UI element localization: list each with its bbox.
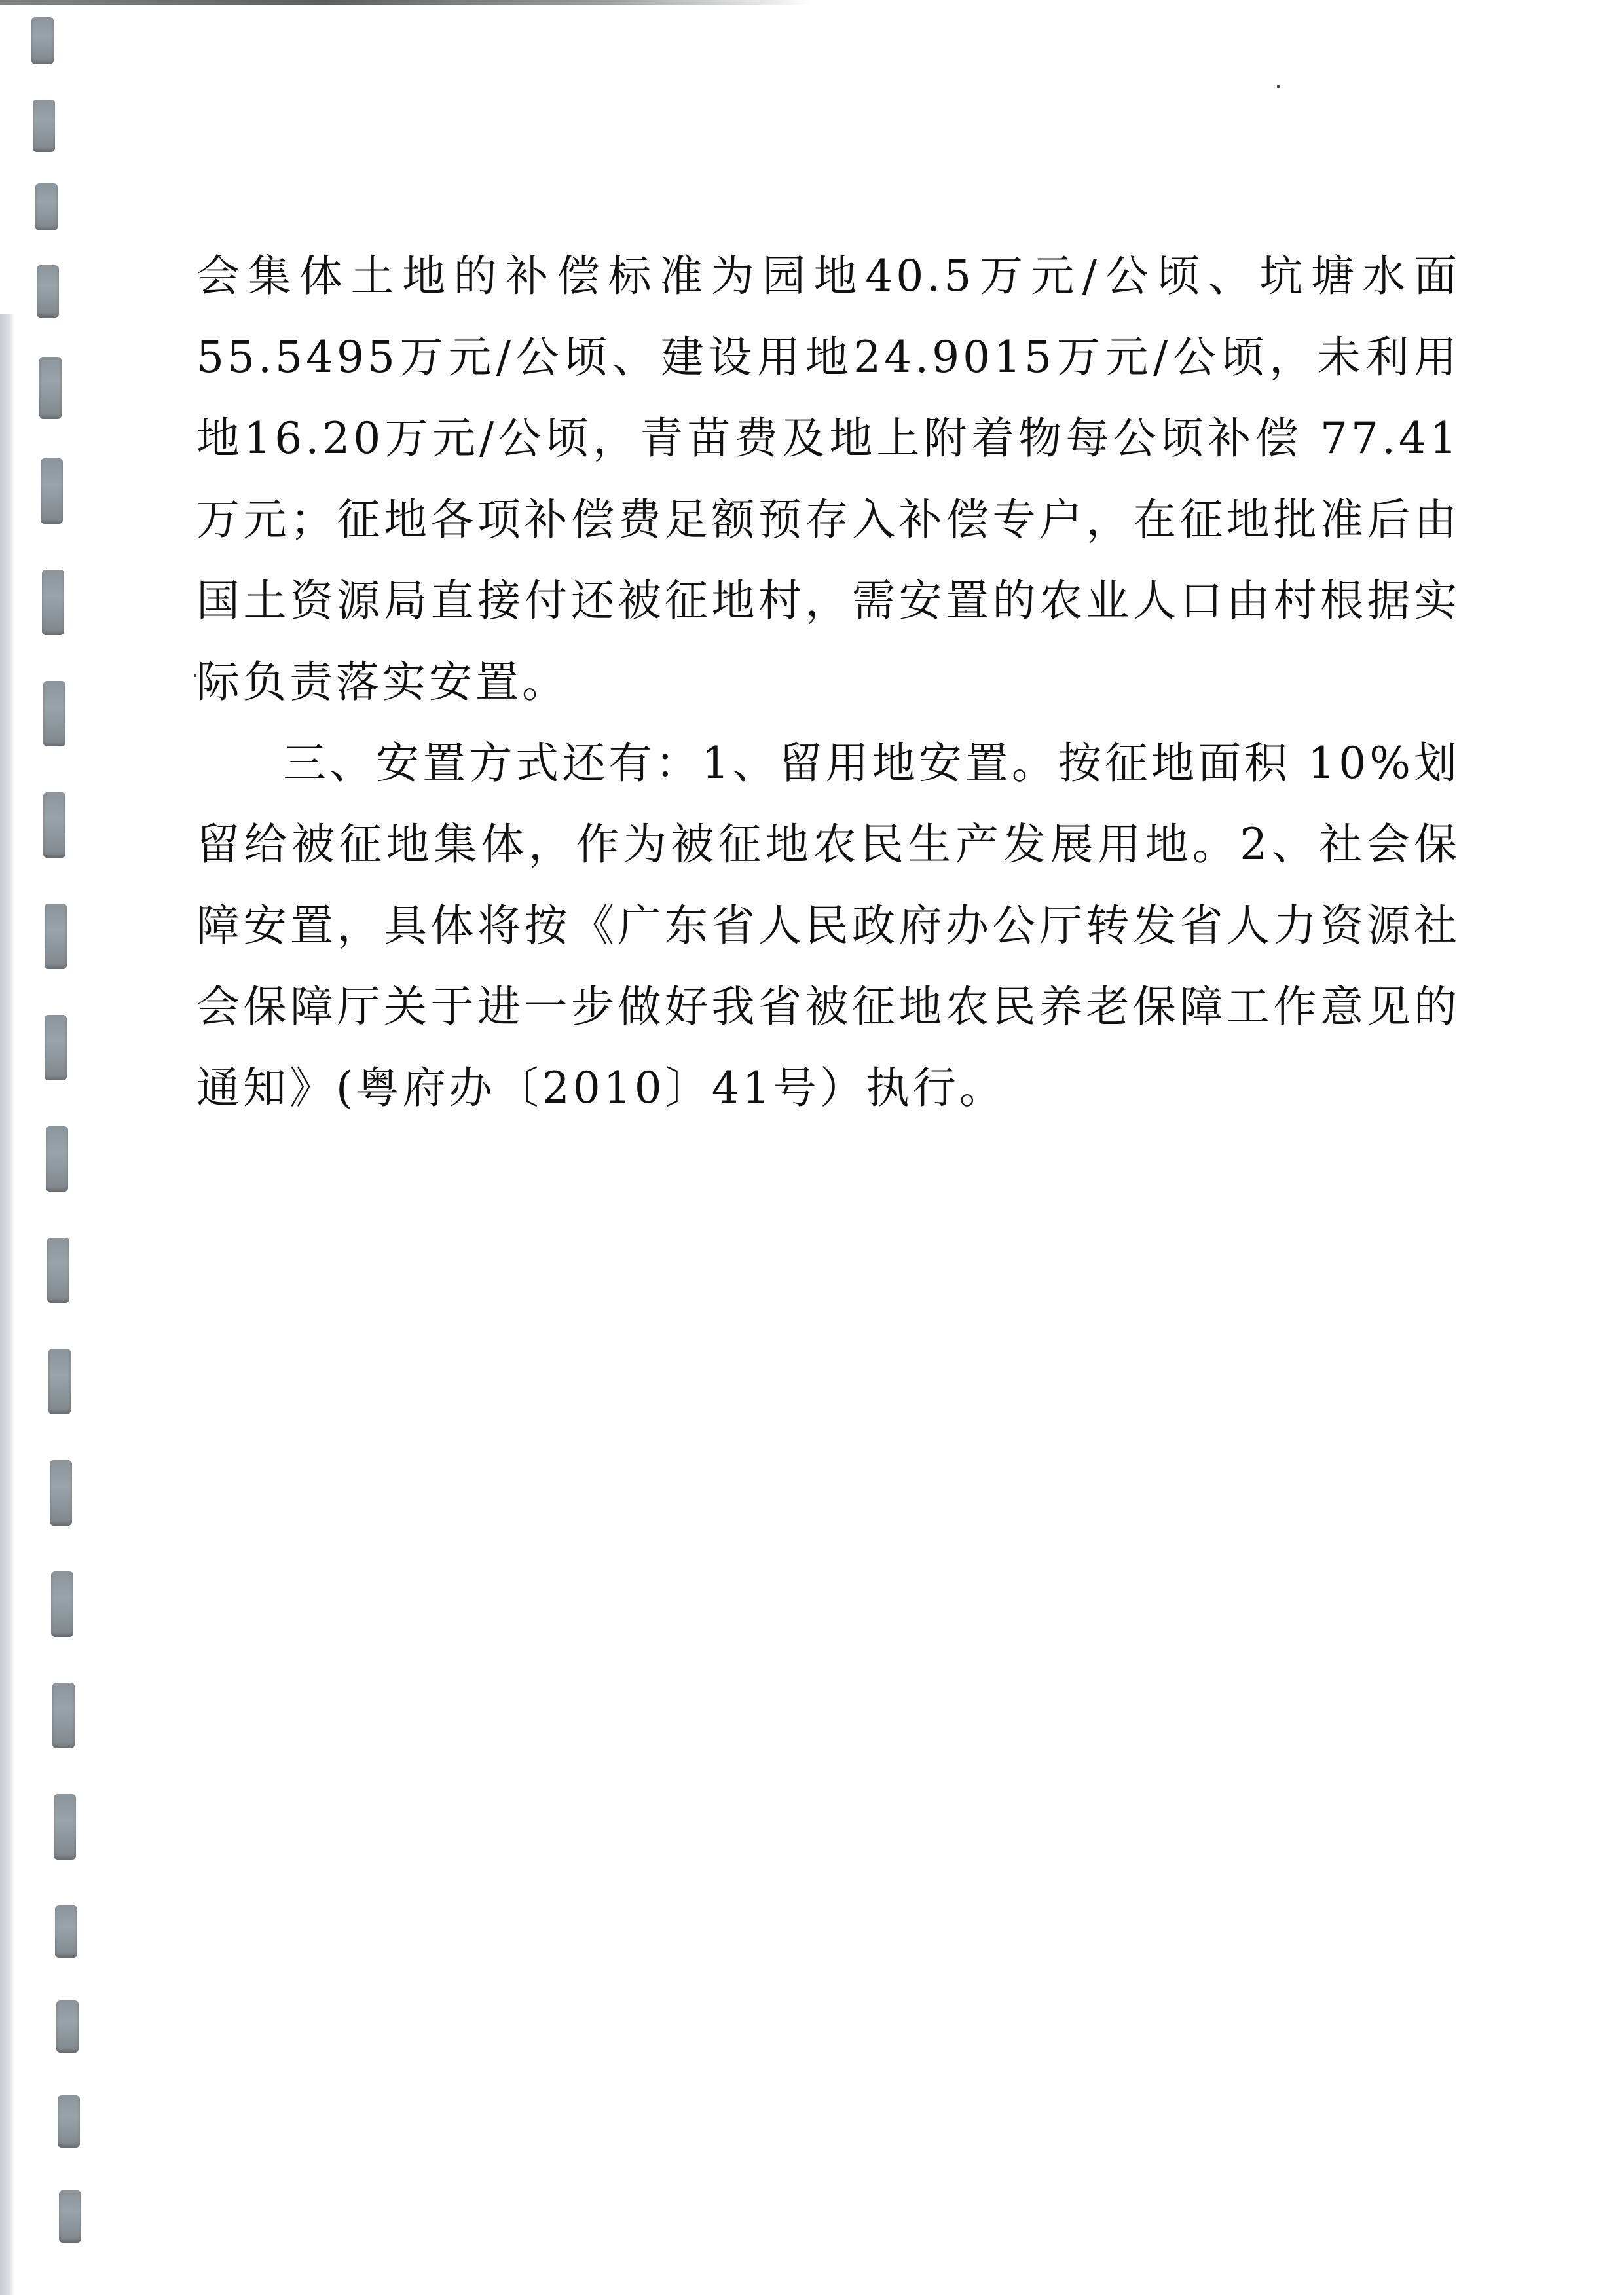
binding-hole bbox=[48, 1349, 71, 1414]
binding-holes bbox=[0, 0, 92, 2295]
binding-hole bbox=[51, 1571, 73, 1637]
binding-hole bbox=[56, 2000, 79, 2053]
binding-hole bbox=[43, 681, 65, 746]
binding-hole bbox=[58, 2095, 80, 2148]
binding-hole bbox=[45, 904, 67, 969]
binding-hole bbox=[35, 183, 58, 230]
paragraph-resettlement-methods: 三、安置方式还有：1、留用地安置。按征地面积 10%划留给被征地集体，作为被征地… bbox=[196, 723, 1460, 1129]
binding-hole bbox=[52, 1683, 75, 1748]
paragraph-compensation-standards: 会集体土地的补偿标准为园地40.5万元/公顷、坑塘水面55.5495万元/公顷、… bbox=[196, 236, 1460, 723]
binding-hole bbox=[54, 1794, 76, 1860]
document-body: 会集体土地的补偿标准为园地40.5万元/公顷、坑塘水面55.5495万元/公顷、… bbox=[196, 236, 1460, 1129]
binding-hole bbox=[37, 265, 59, 318]
binding-hole bbox=[39, 357, 62, 419]
binding-hole bbox=[42, 570, 64, 635]
binding-hole bbox=[50, 1460, 72, 1526]
binding-hole bbox=[47, 1238, 69, 1303]
binding-hole bbox=[46, 1126, 68, 1192]
binding-hole bbox=[55, 1905, 77, 1958]
scan-speck bbox=[1277, 85, 1280, 88]
binding-hole bbox=[59, 2190, 81, 2243]
binding-hole bbox=[31, 17, 54, 64]
binding-hole bbox=[33, 100, 55, 152]
scan-top-edge-shadow bbox=[0, 0, 812, 5]
binding-hole bbox=[41, 458, 63, 524]
binding-hole bbox=[45, 1015, 67, 1080]
binding-hole bbox=[43, 792, 65, 858]
